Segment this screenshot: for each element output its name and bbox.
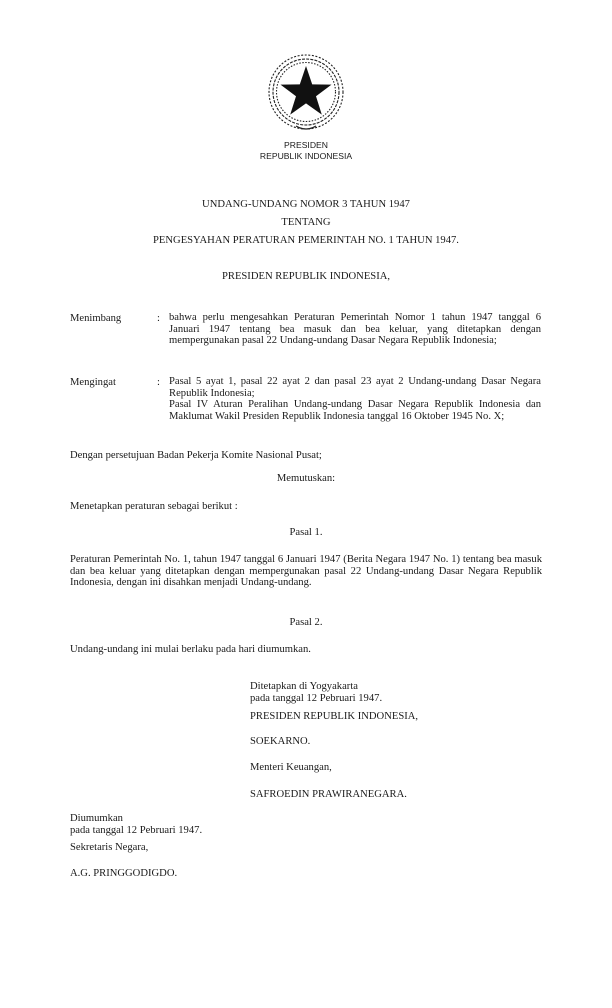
pasal-1-heading: Pasal 1. <box>0 526 612 539</box>
promulgation-label: Diumumkan <box>70 813 123 825</box>
issuer-heading: PRESIDEN REPUBLIK INDONESIA, <box>0 270 612 283</box>
mengingat-label: Mengingat <box>70 376 116 389</box>
pasal-2-heading: Pasal 2. <box>0 616 612 629</box>
menimbang-colon: : <box>157 312 160 325</box>
mengingat-item-2: Pasal IV Aturan Peralihan Undang-undang … <box>169 399 541 422</box>
memutuskan-heading: Memutuskan: <box>0 472 612 485</box>
signature-name: SOEKARNO. <box>250 736 310 748</box>
title-line-3: PENGESYAHAN PERATURAN PEMERINTAH NO. 1 T… <box>0 234 612 247</box>
pasal-2-text: Undang-undang ini mulai berlaku pada har… <box>70 643 311 656</box>
title-line-1: UNDANG-UNDANG NOMOR 3 TAHUN 1947 <box>0 198 612 211</box>
signature-place: Ditetapkan di Yogyakarta <box>250 681 358 693</box>
menimbang-label: Menimbang <box>70 312 121 325</box>
presidential-emblem-icon <box>266 52 346 134</box>
header-line-presiden: PRESIDEN <box>0 140 612 151</box>
mengingat-colon: : <box>157 376 160 389</box>
mengingat-text: Pasal 5 ayat 1, pasal 22 ayat 2 dan pasa… <box>169 376 541 422</box>
mengingat-item-1: Pasal 5 ayat 1, pasal 22 ayat 2 dan pasa… <box>169 376 541 399</box>
persetujuan-text: Dengan persetujuan Badan Pekerja Komite … <box>70 449 322 462</box>
promulgation-date: pada tanggal 12 Pebruari 1947. <box>70 825 202 837</box>
minister-name: SAFROEDIN PRAWIRANEGARA. <box>250 789 407 801</box>
menimbang-paragraph: bahwa perlu mengesahkan Peraturan Pemeri… <box>169 312 541 347</box>
title-line-2: TENTANG <box>0 216 612 229</box>
header-line-republik: REPUBLIK INDONESIA <box>0 151 612 162</box>
promulgation-office: Sekretaris Negara, <box>70 842 148 854</box>
menetapkan-text: Menetapkan peraturan sebagai berikut : <box>70 500 238 513</box>
pasal-1-text: Peraturan Pemerintah No. 1, tahun 1947 t… <box>70 554 542 589</box>
promulgation-name: A.G. PRINGGODIGDO. <box>70 868 177 880</box>
minister-title: Menteri Keuangan, <box>250 762 332 774</box>
signature-office: PRESIDEN REPUBLIK INDONESIA, <box>250 711 418 723</box>
signature-date: pada tanggal 12 Pebruari 1947. <box>250 693 382 705</box>
menimbang-text: bahwa perlu mengesahkan Peraturan Pemeri… <box>169 312 541 347</box>
